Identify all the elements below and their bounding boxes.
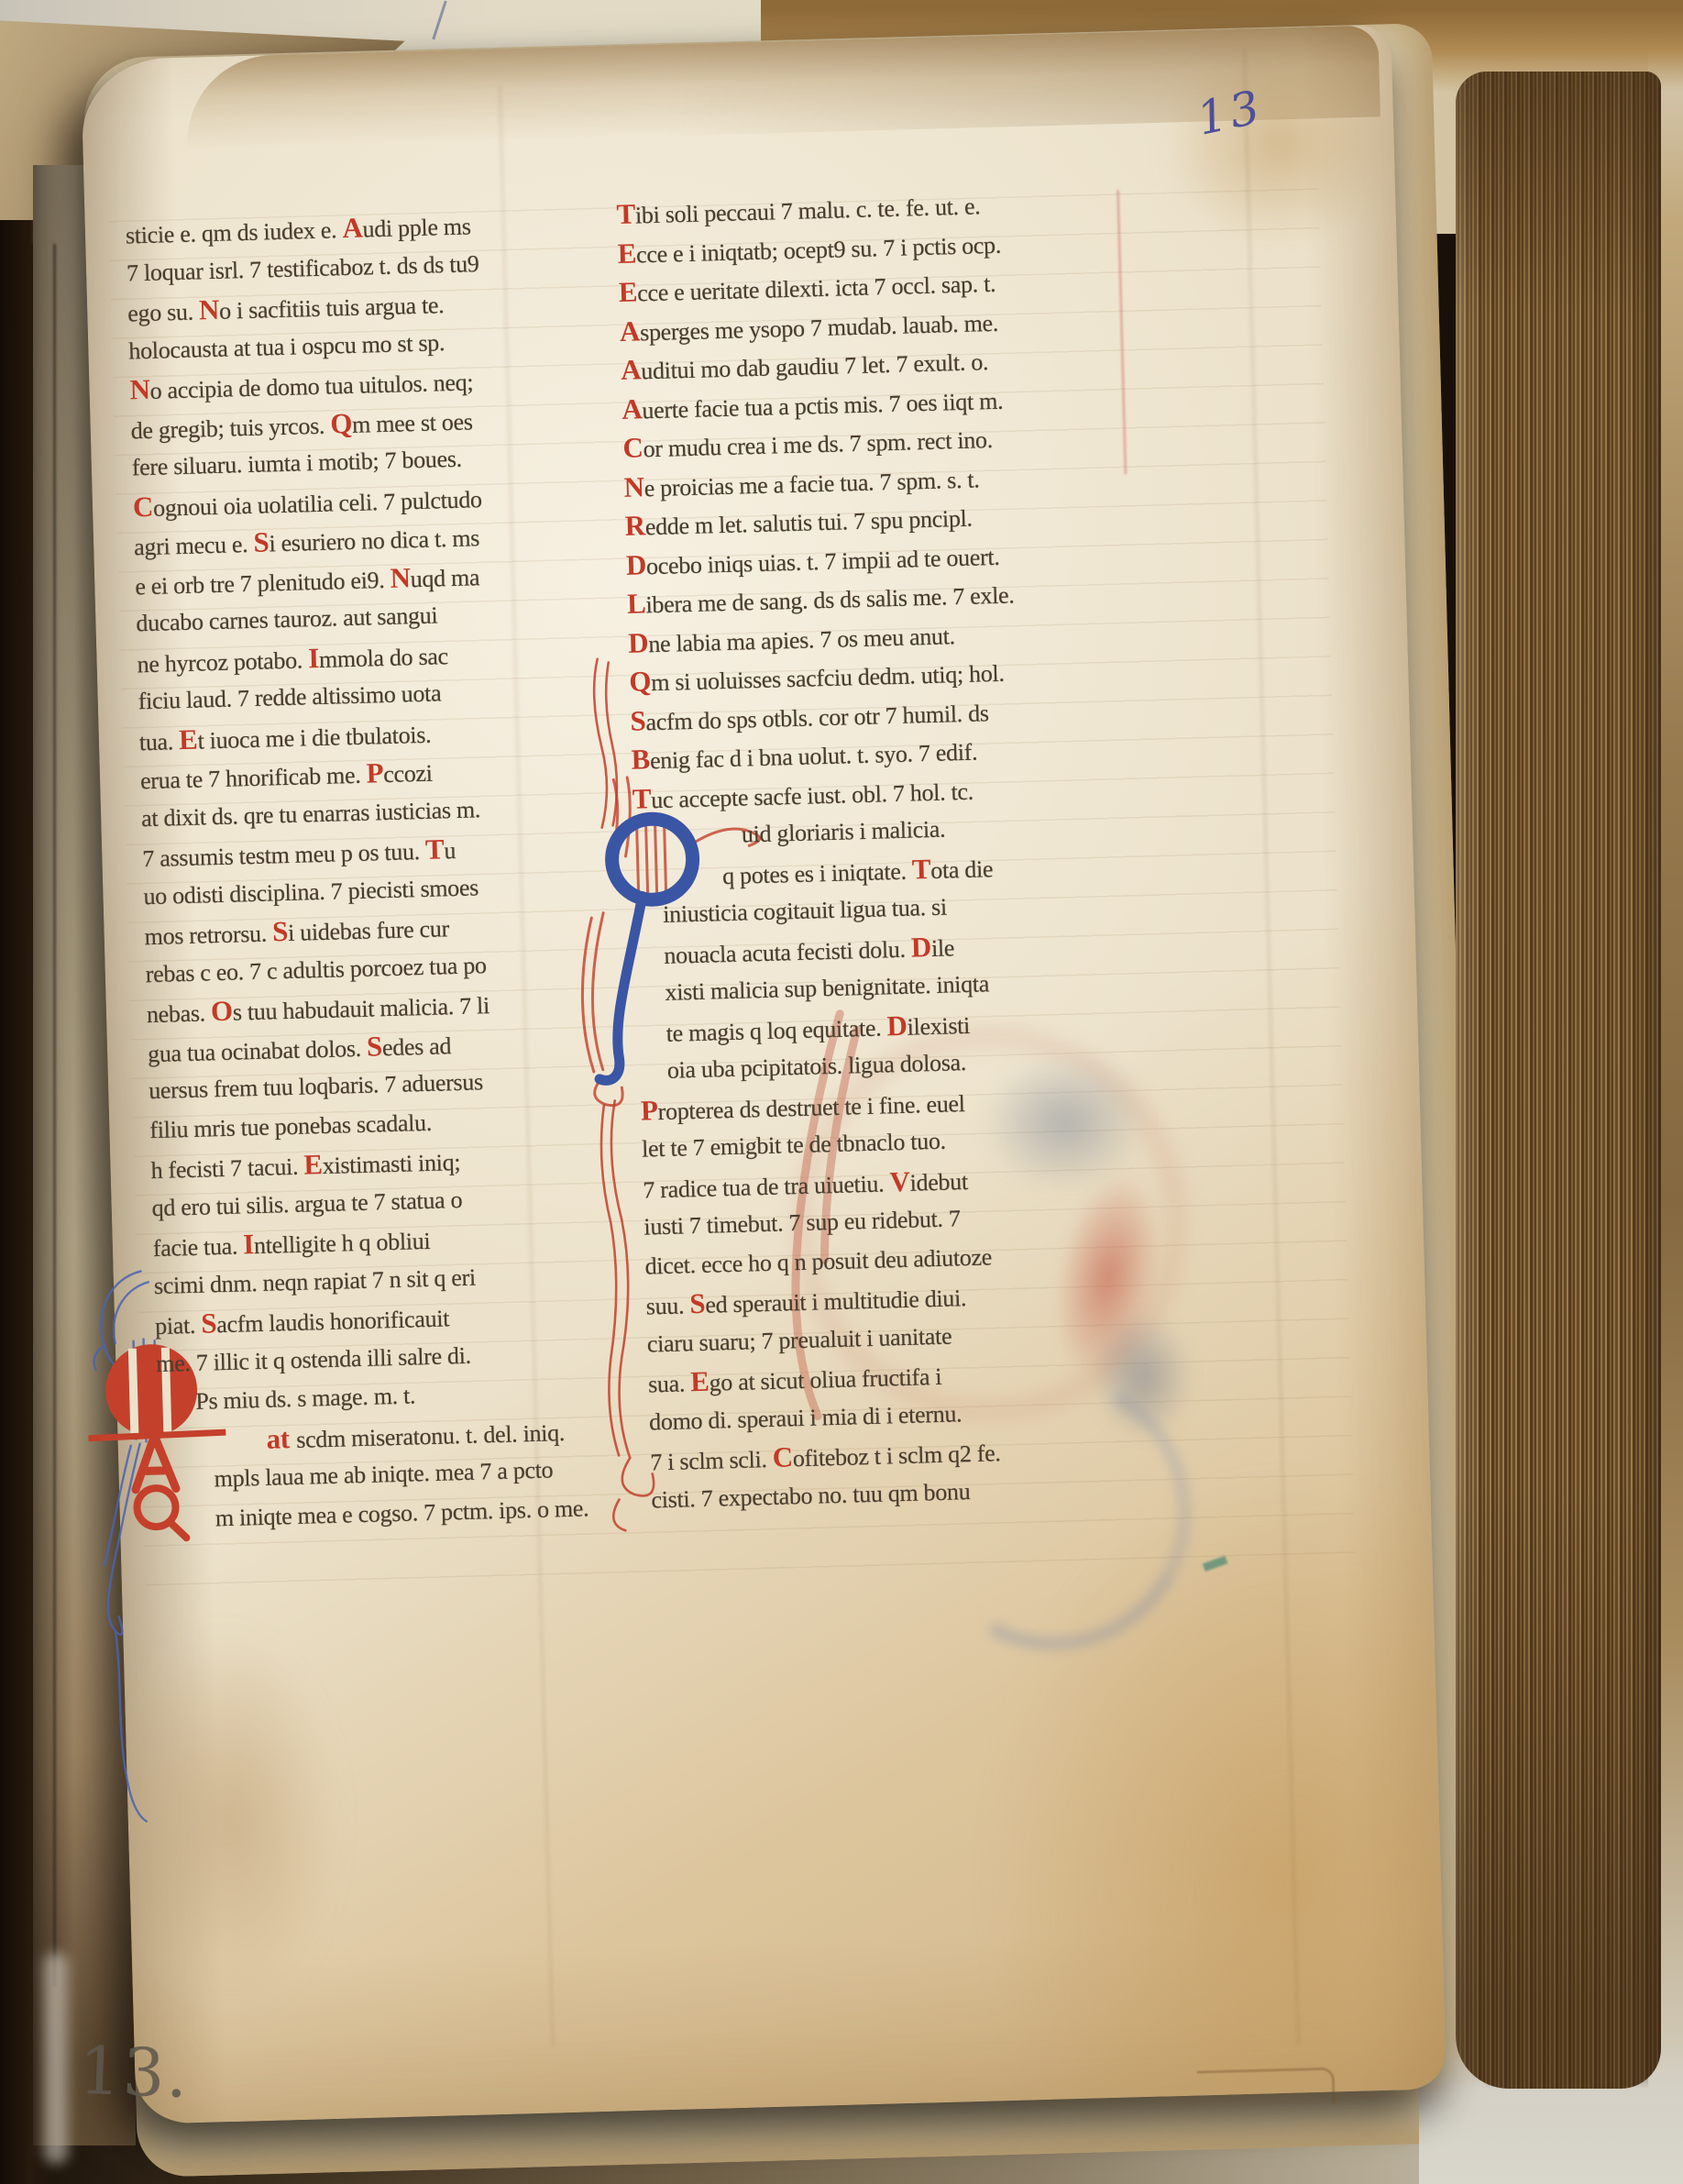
- body-text: uo odisti disciplina. 7 piecisti smoes: [143, 874, 478, 910]
- body-text: filiu mris tue ponebas scadalu.: [149, 1109, 432, 1142]
- body-text: cce e ueritate dilexti. icta 7 occl. sap…: [637, 270, 996, 307]
- rubric-initial: Q: [629, 665, 652, 698]
- folio-number-pencil: 13.: [78, 2032, 191, 2112]
- book-fore-edge-pages: [1456, 72, 1661, 2089]
- body-text: ntelligite h q obliui: [254, 1228, 431, 1259]
- body-text: mpls laua me ab iniqte. mea 7 a pcto: [214, 1456, 553, 1492]
- rubric-initial: D: [625, 548, 646, 581]
- body-text: udi pple ms: [362, 213, 471, 242]
- rubric-initial: A: [621, 353, 642, 386]
- rubric-initial: T: [911, 852, 930, 885]
- body-text: agri mecu e.: [134, 531, 254, 561]
- body-text: ne hyrcoz potabo.: [137, 646, 308, 678]
- rubric-initial: O: [211, 995, 234, 1028]
- body-text: ota die: [930, 855, 994, 884]
- body-text: suu.: [645, 1292, 689, 1319]
- rubric-initial: E: [303, 1148, 323, 1181]
- body-text: de gregib; tuis yrcos.: [130, 412, 330, 444]
- corner-crease: [1197, 2068, 1336, 2108]
- rubric-initial: N: [129, 373, 150, 406]
- body-text: ciaru suaru; 7 preualuit i uanitate: [647, 1322, 952, 1357]
- rubric-initial: C: [133, 490, 154, 523]
- body-text: cce e i iniqtatb; ocept9 su. 7 i pctis o…: [636, 231, 1002, 268]
- body-text: m si uoluisses sacfciu dedm. utiq; hol.: [651, 660, 1005, 696]
- body-text: i uidebas fure cur: [288, 915, 450, 946]
- body-text: enig fac d i bna uolut. t. syo. 7 edif.: [650, 739, 978, 775]
- body-text: scdm miseratonu. t. del. iniq.: [296, 1419, 566, 1453]
- body-text: facie tua.: [152, 1232, 243, 1262]
- rubric-initial: T: [425, 833, 445, 866]
- rubric-initial: V: [889, 1164, 910, 1197]
- body-text: 7 loquar isrl. 7 testificaboz t. ds ds t…: [126, 250, 479, 286]
- rubric-initial: S: [253, 525, 269, 557]
- body-text: erua te 7 hnorificab me.: [140, 762, 367, 795]
- body-text: h fecisti 7 tacui.: [150, 1153, 304, 1185]
- body-text: o i sacfitiis tuis argua te.: [219, 292, 445, 325]
- rubric-initial: A: [342, 212, 363, 245]
- body-text: xistimasti iniq;: [322, 1149, 460, 1179]
- text-column-right: Tibi soli peccaui 7 malu. c. te. fe. ut.…: [616, 181, 1193, 1519]
- body-text: let te 7 emigbit te de tbnaclo tuo.: [642, 1128, 946, 1163]
- body-text: edes ad: [382, 1032, 452, 1061]
- body-text: e ei orb tre 7 plenitudo ei9.: [135, 566, 390, 600]
- body-text: ilexisti: [907, 1011, 970, 1040]
- page-bottom-left-stain: [114, 1624, 344, 2014]
- body-text: m iniqte mea e cogso. 7 pctm. ips. o me.: [214, 1495, 588, 1531]
- body-text: holocausta at tua i ospcu mo st sp.: [128, 329, 445, 364]
- body-text: uqd ma: [410, 564, 479, 592]
- rubric-initial: B: [631, 743, 650, 776]
- rubric-initial: S: [272, 915, 289, 947]
- body-text: nebas.: [147, 999, 212, 1028]
- body-text: acfm laudis honorificauit: [216, 1305, 450, 1338]
- body-text: ibera me de sang. ds ds salis me. 7 exle…: [645, 581, 1015, 618]
- rubric-initial: A: [620, 314, 641, 347]
- rubric-initial: E: [618, 275, 637, 308]
- body-text: i esuriero no dica t. ms: [269, 524, 479, 557]
- rubric-initial: E: [617, 237, 636, 270]
- body-text: ego su.: [127, 298, 200, 326]
- body-text: uersus frem tuu loqbaris. 7 aduersus: [148, 1068, 483, 1104]
- text-column-left: sticie e. qm ds iudex e. Audi pple ms7 l…: [125, 202, 655, 1539]
- body-text: Ps miu ds. s mage. m. t.: [195, 1382, 416, 1414]
- body-text: or mudu crea i me ds. 7 spm. rect ino.: [643, 426, 993, 462]
- rubric-initial: at: [266, 1421, 297, 1454]
- body-text: ed sperauit i multitudie diui.: [705, 1285, 967, 1318]
- manuscript-page: Q M A Q sticie e. qm ds iudex e. Audi pp…: [81, 25, 1446, 2124]
- body-text: dicet. ecce ho q n posuit deu adiutoze: [644, 1243, 992, 1279]
- body-text: piat.: [155, 1312, 202, 1340]
- rubric-initial: S: [201, 1307, 217, 1339]
- body-text: o accipia de domo tua uitulos. neq;: [149, 369, 473, 404]
- body-text: uid gloriaris i malicia.: [742, 816, 946, 848]
- body-text: acfm do sps otbls. cor otr 7 humil. ds: [645, 700, 989, 735]
- rubric-initial: S: [689, 1287, 706, 1319]
- body-text: nouacla acuta fecisti dolu.: [664, 935, 911, 968]
- body-text: go at sicut oliua fructifa i: [709, 1363, 941, 1396]
- rubric-initial: N: [199, 293, 220, 326]
- rubric-initial: Q: [330, 406, 353, 439]
- body-text: 7 i sclm scli.: [650, 1446, 773, 1476]
- body-text: iniusticia cogitauit ligua tua. si: [663, 894, 947, 928]
- body-text: te magis q loq equitate.: [665, 1014, 887, 1047]
- body-text: e proicias me a facie tua. 7 spm. s. t.: [643, 466, 980, 502]
- rubric-initial: D: [886, 1009, 907, 1042]
- body-text: ducabo carnes tauroz. aut sangui: [136, 601, 438, 636]
- rubric-initial: P: [641, 1094, 659, 1126]
- body-text: 7 assumis testm meu p os tuu.: [142, 838, 425, 872]
- body-text: ficiu laud. 7 redde altissimo uota: [137, 679, 441, 714]
- body-text: u: [444, 837, 456, 864]
- body-text: me. 7 illic it q ostenda illi salre di.: [156, 1341, 471, 1376]
- rubric-initial: L: [627, 587, 646, 620]
- body-text: uc accepte sacfe iust. obl. 7 hol. tc.: [651, 778, 973, 813]
- rubric-initial: C: [772, 1440, 793, 1473]
- body-text: oia uba pcipitatois. ligua dolosa.: [666, 1049, 966, 1084]
- body-text: uditui mo dab gaudiu 7 let. 7 exult. o.: [641, 348, 989, 384]
- body-text: 7 radice tua de tra uiuetiu.: [643, 1170, 890, 1203]
- body-text: ognoui oia uolatilia celi. 7 pulctudo: [153, 486, 482, 522]
- rubric-initial: T: [616, 197, 635, 230]
- body-text: at dixit ds. qre tu enarras iusticias m.: [141, 796, 481, 832]
- gutter-crease-line: [53, 244, 56, 1987]
- body-text: mos retrorsu.: [144, 920, 272, 950]
- body-text: q potes es i iniqtate.: [722, 857, 913, 889]
- rubric-initial: A: [621, 392, 643, 425]
- rubric-initial: N: [390, 561, 411, 594]
- body-text: ne labia ma apies. 7 os meu anut.: [648, 623, 955, 657]
- body-text: rebas c eo. 7 c adultis porcoez tua po: [145, 952, 487, 987]
- rubric-initial: E: [179, 722, 198, 756]
- body-text: fere siluaru. iumta i motib; 7 boues.: [131, 446, 462, 481]
- body-text: mmola do sac: [319, 643, 449, 673]
- body-text: gua tua ocinabat dolos.: [148, 1034, 368, 1066]
- body-text: sticie e. qm ds iudex e.: [126, 216, 343, 248]
- binding-fuzz: [44, 1953, 68, 2164]
- body-text: iusti 7 timebut. 7 sup eu ridebut. 7: [643, 1205, 961, 1240]
- manuscript-photo: Q M A Q sticie e. qm ds iudex e. Audi pp…: [0, 0, 1683, 2184]
- rubric-initial: D: [628, 626, 649, 659]
- rubric-initial: T: [632, 782, 651, 815]
- body-text: ibi soli peccaui 7 malu. c. te. fe. ut. …: [635, 193, 981, 228]
- body-text: s tuu habudauit malicia. 7 li: [232, 992, 489, 1026]
- rubric-initial: C: [622, 431, 643, 464]
- rubric-initial: D: [910, 931, 931, 964]
- body-text: tua.: [139, 728, 180, 756]
- body-text: edde m let. salutis tui. 7 spu pncipl.: [644, 505, 973, 541]
- body-text: ccozi: [383, 760, 433, 788]
- body-text: t iuoca me i die tbulatois.: [197, 721, 431, 754]
- body-text: ropterea ds destruet te i fine. euel: [657, 1090, 965, 1125]
- rubric-initial: S: [367, 1030, 383, 1062]
- body-text: qd ero tui silis. argua te 7 statua o: [151, 1186, 462, 1220]
- body-text: sperges me ysopo 7 mudab. lauab. me.: [640, 309, 999, 346]
- rubric-initial: P: [366, 756, 384, 789]
- rubric-initial: R: [624, 509, 645, 542]
- body-text: domo di. speraui i mia di i eternu.: [649, 1400, 962, 1435]
- body-text: ofiteboz t i sclm q2 fe.: [792, 1439, 1000, 1472]
- body-text: sua.: [648, 1370, 691, 1397]
- body-text: xisti malicia sup benignitate. iniqta: [665, 970, 989, 1006]
- body-text: uerte facie tua a pctis mis. 7 oes iiqt …: [642, 387, 1004, 424]
- rubric-initial: E: [690, 1365, 709, 1398]
- body-text: cisti. 7 expectabo no. tuu qm bonu: [651, 1478, 971, 1513]
- body-text: ocebo iniqs uias. t. 7 impii ad te ouert…: [646, 543, 1000, 579]
- body-text: m mee st oes: [352, 408, 473, 438]
- rubric-initial: N: [623, 470, 644, 503]
- body-text: idebut: [909, 1168, 968, 1197]
- body-text: ile: [931, 934, 955, 962]
- rubric-initial: S: [630, 704, 646, 736]
- body-text: scimi dnm. neqn rapiat 7 n sit q eri: [154, 1263, 477, 1298]
